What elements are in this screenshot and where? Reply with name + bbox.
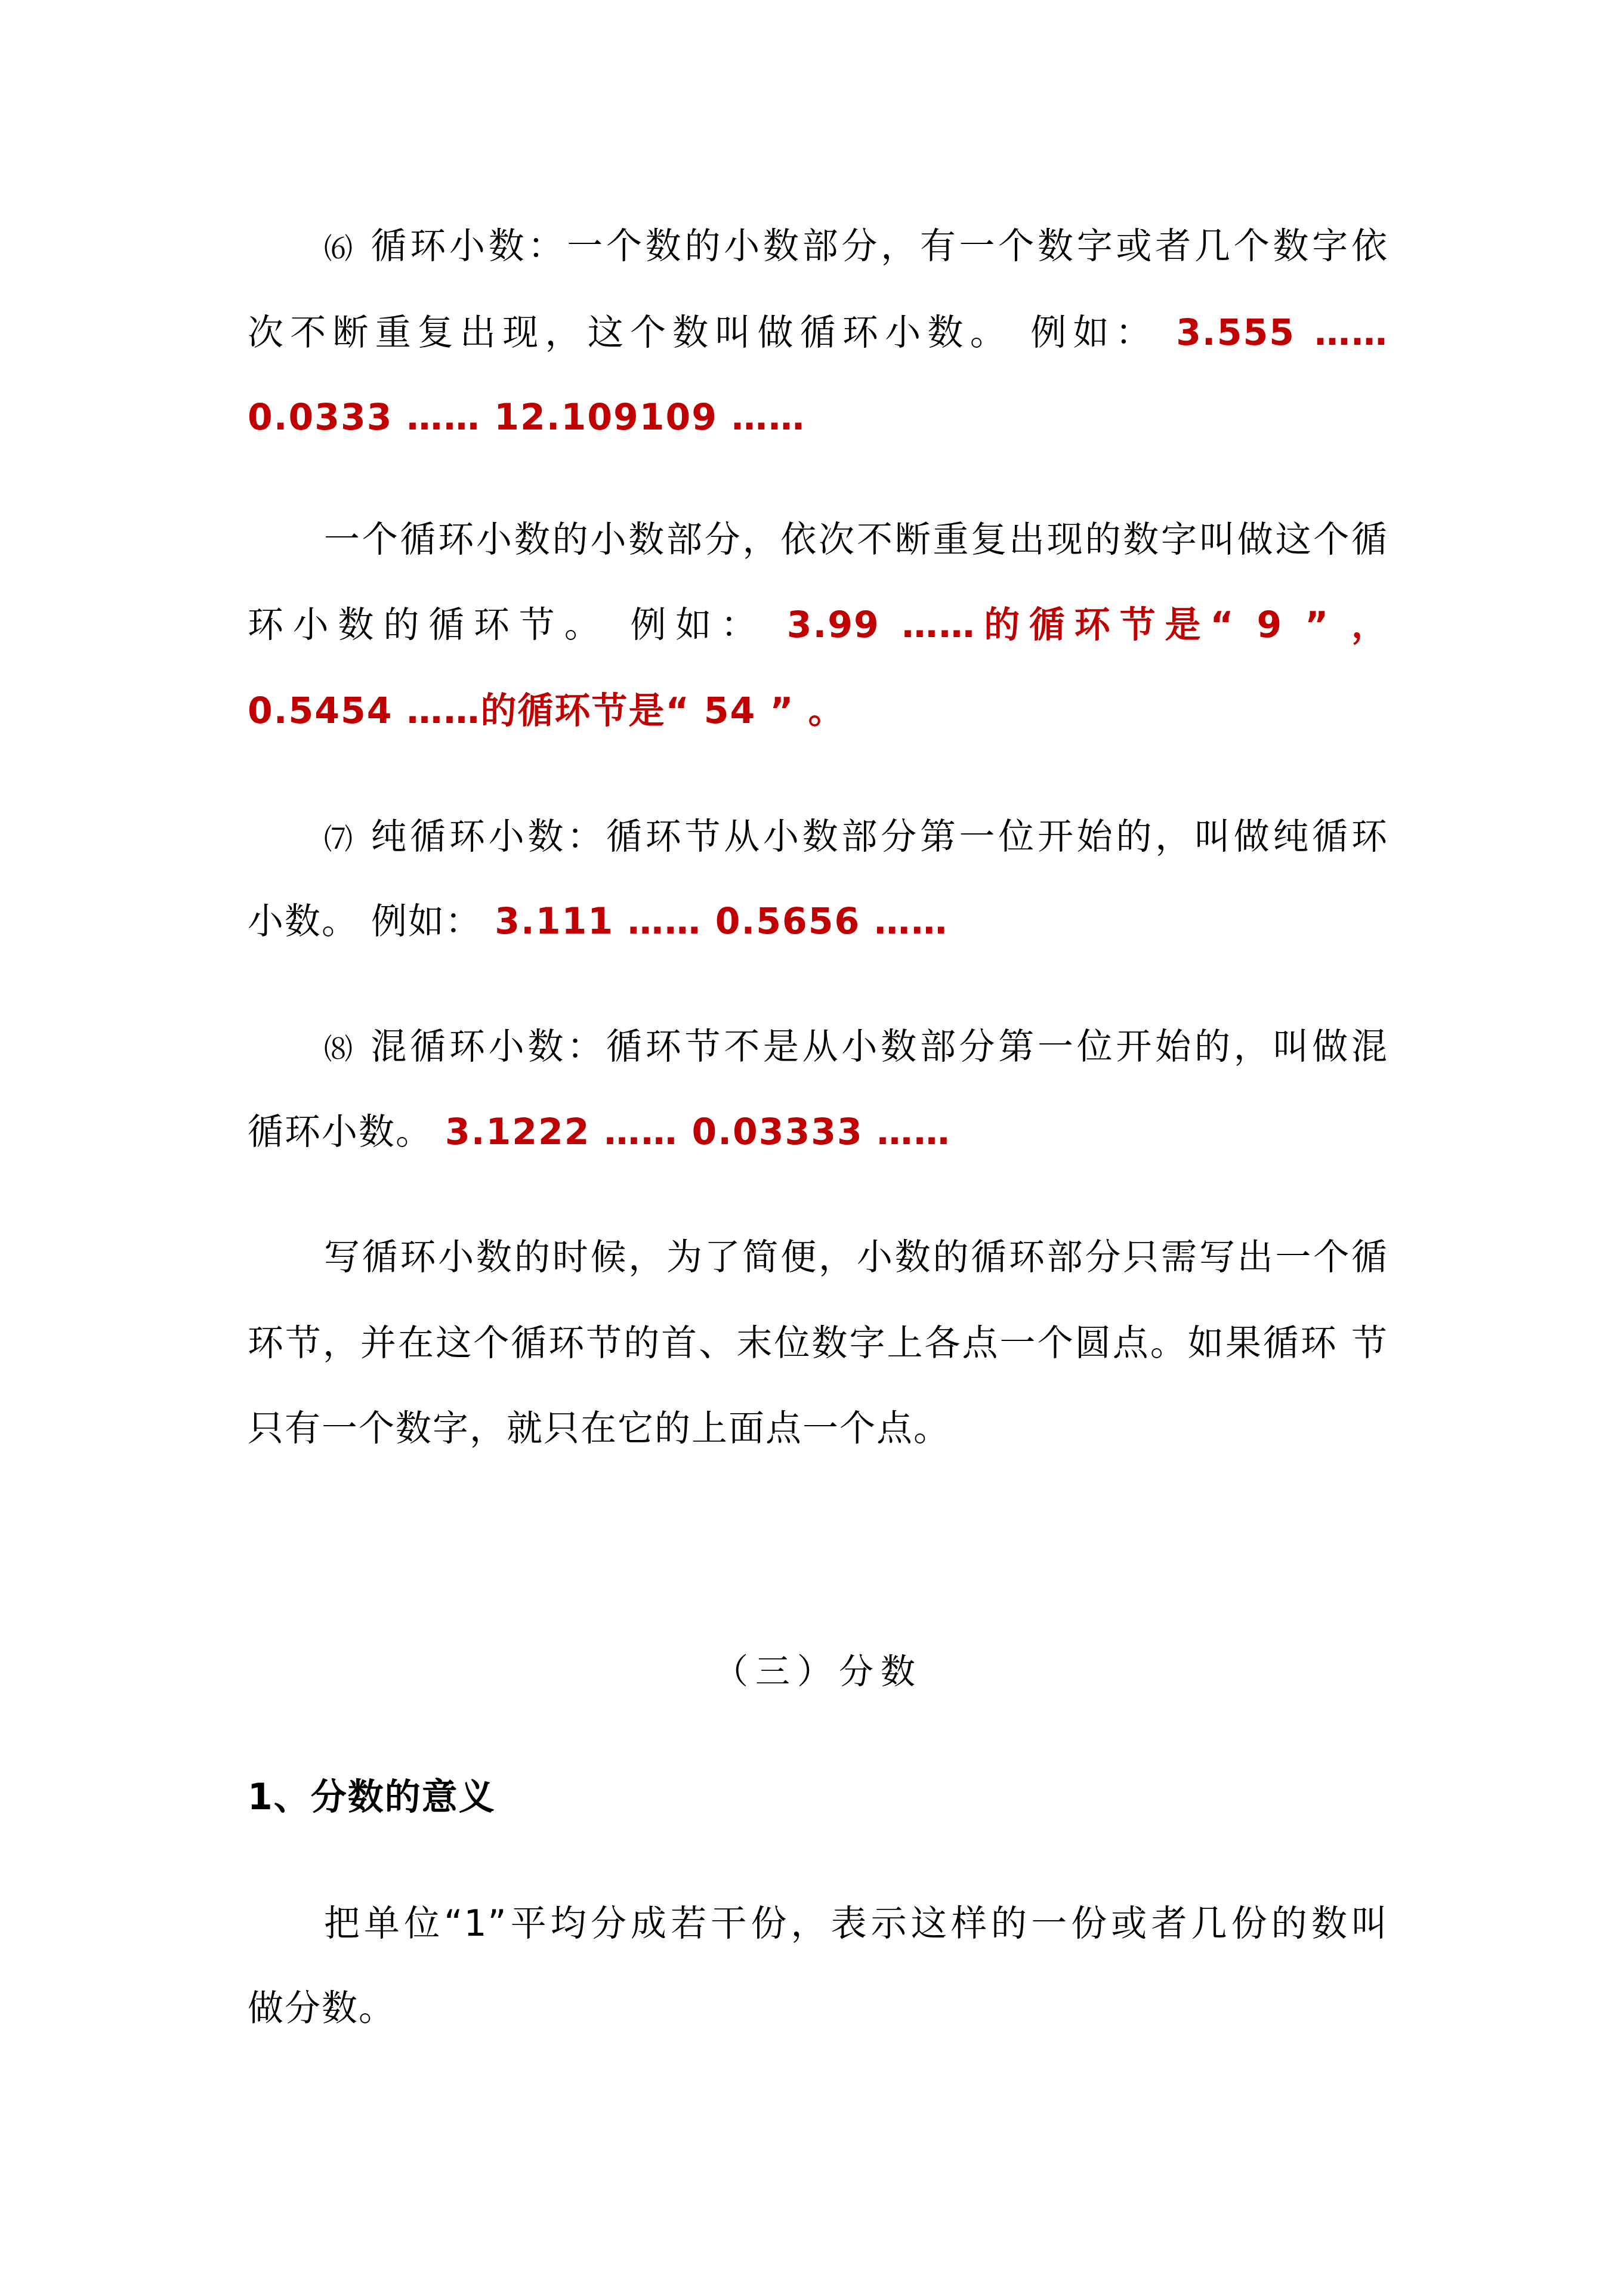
para-writing-line3-text: 只有一个数字，就只在它的上面点一个点。: [248, 1408, 950, 1450]
para-cycle-example-2: 0.5454 ……的循环节是“ 54 ” 。: [248, 690, 845, 732]
para-fraction-line1-text: 把单位“1”平均分成若干份，表示这样的一份或者几份的数叫: [324, 1903, 1388, 1945]
para-cycle-line1-text: 一个循环小数的小数部分，依次不断重复出现的数字叫做这个循: [324, 519, 1388, 561]
para-cycle-line1: 一个循环小数的小数部分，依次不断重复出现的数字叫做这个循: [248, 513, 1388, 567]
section-heading: （三）分数: [248, 1645, 1388, 1698]
para7-marker: ⑺: [324, 823, 356, 856]
para7-example-label: 例如：: [371, 901, 482, 942]
para-fraction-line2-text: 做分数。: [248, 1988, 396, 2029]
para8-line2: 循环小数。 3.1222 …… 0.03333 ……: [248, 1105, 1388, 1159]
para6-line3: 0.0333 …… 12.109109 ……: [248, 391, 1388, 444]
para-writing-line1: 写循环小数的时候，为了简便，小数的循环部分只需写出一个循: [248, 1231, 1388, 1284]
para6-line1: ⑹ 循环小数：一个数的小数部分，有一个数字或者几个数字依: [248, 220, 1388, 273]
para6-example-label: 例如：: [1030, 312, 1158, 354]
para-fraction-line1: 把单位“1”平均分成若干份，表示这样的一份或者几份的数叫: [248, 1897, 1388, 1951]
para8-line1-text: 混循环小数：循环节不是从小数部分第一位开始的，叫做混: [371, 1026, 1388, 1068]
para-writing-line2: 环节，并在这个循环节的首、末位数字上各点一个圆点。如果循环 节: [248, 1317, 1388, 1370]
para6-line2: 次不断重复出现，这个数叫做循环小数。 例如： 3.555 ……: [248, 306, 1388, 360]
para-fraction-line2: 做分数。: [248, 1982, 1388, 2035]
para-cycle-line2: 环小数的循环节。 例如： 3.99 ……的循环节是“ 9 ” ，: [248, 598, 1388, 652]
para6-line1-text: 循环小数：一个数的小数部分，有一个数字或者几个数字依: [371, 225, 1388, 267]
para7-line1-text: 纯循环小数：循环节从小数部分第一位开始的，叫做纯循环: [371, 816, 1388, 858]
para-cycle-example-label: 例如：: [630, 604, 765, 646]
para6-line2-text: 次不断重复出现，这个数叫做循环小数。: [248, 312, 1012, 354]
para6-example-1: 3.555 ……: [1176, 312, 1388, 354]
para-writing-line1-text: 写循环小数的时候，为了简便，小数的循环部分只需写出一个循: [324, 1237, 1388, 1278]
para-cycle-example-1: 3.99 ……的循环节是“ 9 ” ，: [787, 604, 1388, 646]
para-cycle-line3: 0.5454 ……的循环节是“ 54 ” 。: [248, 684, 1388, 738]
subsection-heading: 1、分数的意义: [248, 1770, 1388, 1824]
para8-line1: ⑻ 混循环小数：循环节不是从小数部分第一位开始的，叫做混: [248, 1020, 1388, 1074]
para-writing-line2-text: 环节，并在这个循环节的首、末位数字上各点一个圆点。如果循环 节: [248, 1322, 1388, 1364]
para8-example: 3.1222 …… 0.03333 ……: [445, 1111, 950, 1153]
para8-marker: ⑻: [324, 1033, 356, 1066]
para6-example-2: 0.0333 …… 12.109109 ……: [248, 397, 805, 438]
para-cycle-line2-text: 环小数的循环节。: [248, 604, 609, 646]
para6-marker: ⑹: [324, 232, 356, 265]
para-writing-line3: 只有一个数字，就只在它的上面点一个点。: [248, 1402, 1388, 1456]
para7-line2-text: 小数。: [248, 901, 359, 942]
para8-line2-text: 循环小数。: [248, 1111, 433, 1153]
para7-example: 3.111 …… 0.5656 ……: [495, 901, 948, 942]
para7-line2: 小数。 例如： 3.111 …… 0.5656 ……: [248, 895, 1388, 948]
para7-line1: ⑺ 纯循环小数：循环节从小数部分第一位开始的，叫做纯循环: [248, 810, 1388, 864]
